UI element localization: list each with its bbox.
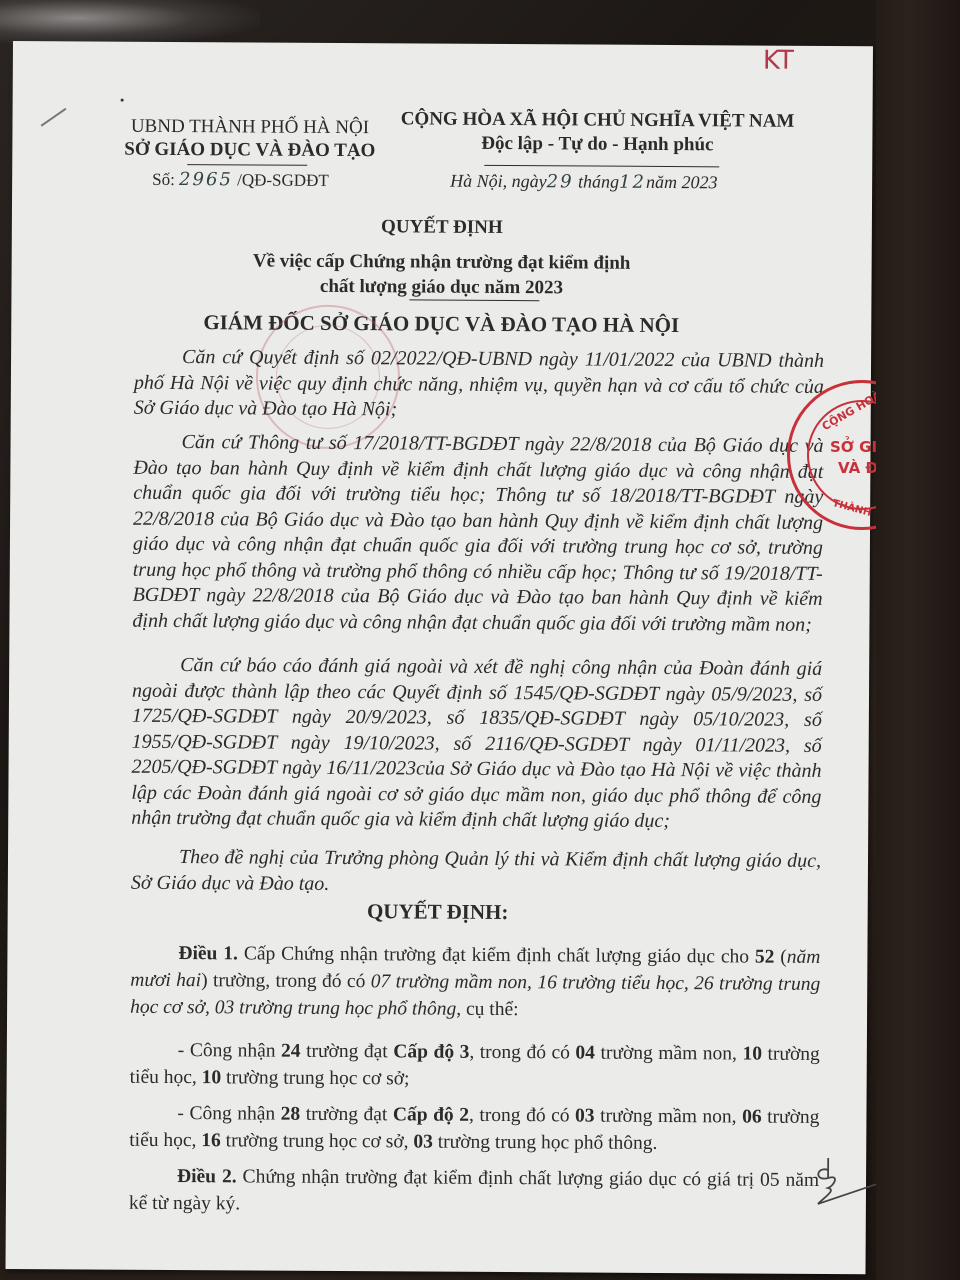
desk-surface-right <box>876 0 960 1280</box>
count-lower-secondary: 16 <box>201 1130 221 1151</box>
speck <box>121 99 124 102</box>
nation-line-2: Độc lập - Tự do - Hạnh phúc <box>392 131 802 158</box>
article-1: Điều 1. Cấp Chứng nhận trường đạt kiểm đ… <box>130 939 820 1024</box>
preamble-paragraph-2: Căn cứ Thông tư số 17/2018/TT-BGDĐT ngày… <box>132 430 823 638</box>
article-1-label: Điều 1. <box>178 943 238 964</box>
count-lower-secondary: 10 <box>202 1067 222 1088</box>
level-text: trường mầm non, <box>595 1105 743 1127</box>
date-prefix: Hà Nội, ngày <box>450 171 547 192</box>
date-month-label: tháng <box>578 171 619 191</box>
level-text: - Công nhận <box>177 1103 280 1125</box>
article-1-text: ( <box>774 946 787 967</box>
article-1-total: 52 <box>755 946 775 967</box>
issue-date: Hà Nội, ngày29 tháng12năm 2023 <box>450 171 717 194</box>
level-count: 24 <box>281 1040 301 1061</box>
article-1-level-3: - Công nhận 24 trường đạt Cấp độ 3, tron… <box>130 1036 820 1094</box>
preamble-paragraph-1: Căn cứ Quyết định số 02/2022/QĐ-UBND ngà… <box>134 345 824 426</box>
number-handwritten: 2965 <box>179 169 233 190</box>
level-text: trường trung học cơ sở, <box>221 1130 414 1152</box>
preamble-paragraph-4: Theo đề nghị của Trưởng phòng Quản lý th… <box>131 845 821 900</box>
authority-heading: GIÁM ĐỐC SỞ GIÁO DỤC VÀ ĐÀO TẠO HÀ NỘI <box>11 309 871 339</box>
staple-mark <box>41 108 67 127</box>
article-2: Điều 2. Chứng nhận trường đạt kiểm định … <box>129 1162 819 1220</box>
count-primary: 06 <box>742 1106 762 1127</box>
level-text: trường mầm non, <box>595 1042 743 1064</box>
number-prefix: Số: <box>152 170 175 189</box>
preamble-paragraph-3: Căn cứ báo cáo đánh giá ngoài và xét đề … <box>131 653 822 836</box>
level-text: - Công nhận <box>178 1040 281 1062</box>
level-name: Cấp độ 2 <box>393 1104 469 1125</box>
agency-line-1: UBND THÀNH PHỐ HÀ NỘI <box>122 115 377 140</box>
subject-underline <box>409 299 539 301</box>
level-text: , trong đó có <box>469 1104 575 1126</box>
count-preschool: 04 <box>575 1042 595 1063</box>
number-suffix: /QĐ-SGDĐT <box>237 170 329 190</box>
article-2-label: Điều 2. <box>177 1166 237 1187</box>
subject-line-2: chất lượng giáo dục năm 2023 <box>11 274 871 301</box>
date-month: 12 <box>619 172 646 193</box>
count-primary: 10 <box>742 1043 762 1064</box>
level-text: trường trung học phổ thông. <box>433 1131 658 1153</box>
subject-line-1: Về việc cấp Chứng nhận trường đạt kiểm đ… <box>12 249 872 276</box>
article-1-level-2: - Công nhận 28 trường đạt Cấp độ 2, tron… <box>129 1099 819 1157</box>
document-number: Số: 2965 /QĐ-SGDĐT <box>152 169 329 191</box>
date-year: năm 2023 <box>646 172 718 192</box>
level-text: trường đạt <box>301 1040 394 1062</box>
document-page: KT UBND THÀNH PHỐ HÀ NỘI SỞ GIÁO DỤC VÀ … <box>5 41 872 1274</box>
agency-line-2: SỞ GIÁO DỤC VÀ ĐÀO TẠO <box>122 138 377 163</box>
level-text: , trong đó có <box>469 1041 575 1063</box>
light-glare <box>0 0 260 45</box>
count-upper-secondary: 03 <box>413 1131 433 1152</box>
nation-line-1: CỘNG HÒA XÃ HỘI CHỦ NGHĨA VIỆT NAM <box>392 107 802 134</box>
document-type: QUYẾT ĐỊNH <box>12 214 872 241</box>
article-1-text: Cấp Chứng nhận trường đạt kiểm định chất… <box>238 943 755 967</box>
count-preschool: 03 <box>575 1105 595 1126</box>
handwritten-kt-mark: KT <box>763 46 794 76</box>
date-day: 29 <box>547 171 574 192</box>
decision-heading: QUYẾT ĐỊNH: <box>8 897 868 927</box>
article-1-text: , cụ thể: <box>456 998 518 1019</box>
agency-underline <box>187 164 307 166</box>
article-1-text: ) trường, trong đó có <box>201 970 371 992</box>
level-text: trường đạt <box>300 1103 393 1125</box>
national-title: CỘNG HÒA XÃ HỘI CHỦ NGHĨA VIỆT NAM Độc l… <box>392 107 802 158</box>
level-name: Cấp độ 3 <box>393 1041 469 1062</box>
issuing-agency: UBND THÀNH PHỐ HÀ NỘI SỞ GIÁO DỤC VÀ ĐÀO… <box>122 115 377 163</box>
level-count: 28 <box>281 1103 301 1124</box>
motto-underline <box>484 165 719 167</box>
level-text: trường trung học cơ sở; <box>221 1067 409 1089</box>
